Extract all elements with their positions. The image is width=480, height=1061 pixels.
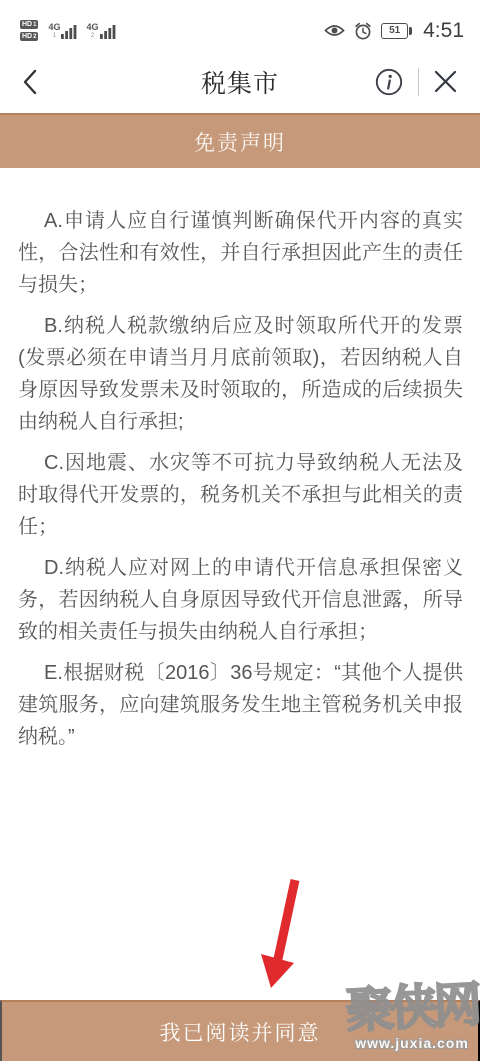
disclaimer-content: A.申请人应自行谨慎判断确保代开内容的真实性，合法性和有效性，并自行承担因此产生… bbox=[0, 205, 480, 762]
banner-title: 免责声明 bbox=[194, 127, 286, 157]
app-screen: HD1 HD2 4G 1 4G 2 bbox=[0, 0, 480, 1061]
hd-icon: HD1 bbox=[20, 20, 38, 29]
signal-strength-icon: 4G 2 bbox=[86, 23, 116, 39]
status-bar-left: HD1 HD2 4G 1 4G 2 bbox=[20, 20, 125, 41]
status-bar-right: 51 4:51 bbox=[324, 19, 464, 43]
sim-index: 1 bbox=[53, 33, 56, 39]
nav-divider bbox=[418, 68, 420, 96]
battery-icon: 51 bbox=[381, 23, 412, 39]
status-bar: HD1 HD2 4G 1 4G 2 bbox=[0, 0, 480, 55]
disclaimer-paragraph-d: D.纳税人应对网上的申请代开信息承担保密义务，若因纳税人自身原因导致代开信息泄露… bbox=[18, 552, 463, 648]
nav-bar: 税集市 bbox=[0, 55, 480, 108]
agree-button-label: 我已阅读并同意 bbox=[160, 1017, 321, 1047]
status-time: 4:51 bbox=[423, 19, 464, 43]
disclaimer-paragraph-a: A.申请人应自行谨慎判断确保代开内容的真实性，合法性和有效性，并自行承担因此产生… bbox=[18, 205, 463, 301]
agree-button[interactable]: 我已阅读并同意 bbox=[0, 1000, 480, 1061]
signal-bars-icon bbox=[61, 24, 78, 39]
hd-badges: HD1 HD2 bbox=[20, 20, 38, 41]
red-arrow-annotation bbox=[238, 874, 310, 996]
alarm-clock-icon bbox=[354, 22, 372, 40]
info-button[interactable] bbox=[372, 65, 406, 99]
disclaimer-paragraph-c: C.因地震、水灾等不可抗力导致纳税人无法及时取得代开发票的，税务机关不承担与此相… bbox=[18, 447, 463, 543]
signal-bars-icon bbox=[100, 24, 117, 39]
network-type-label: 4G bbox=[86, 23, 98, 32]
disclaimer-paragraph-b: B.纳税人税款缴纳后应及时领取所代开的发票(发票必须在申请当月月底前领取)，若因… bbox=[18, 310, 463, 438]
signal-strength-icon: 4G 1 bbox=[48, 23, 78, 39]
info-icon bbox=[374, 67, 404, 97]
hd-icon: HD2 bbox=[20, 32, 38, 41]
eye-comfort-icon bbox=[324, 23, 345, 38]
disclaimer-banner: 免责声明 bbox=[0, 113, 480, 168]
battery-level: 51 bbox=[389, 25, 400, 36]
network-type-label: 4G bbox=[48, 23, 60, 32]
close-icon bbox=[433, 69, 458, 94]
nav-actions bbox=[372, 55, 461, 108]
disclaimer-paragraph-e: E.根据财税〔2016〕36号规定：“其他个人提供建筑服务，应向建筑服务发生地主… bbox=[18, 657, 463, 753]
close-button[interactable] bbox=[431, 67, 460, 96]
sim-index: 2 bbox=[91, 33, 94, 39]
